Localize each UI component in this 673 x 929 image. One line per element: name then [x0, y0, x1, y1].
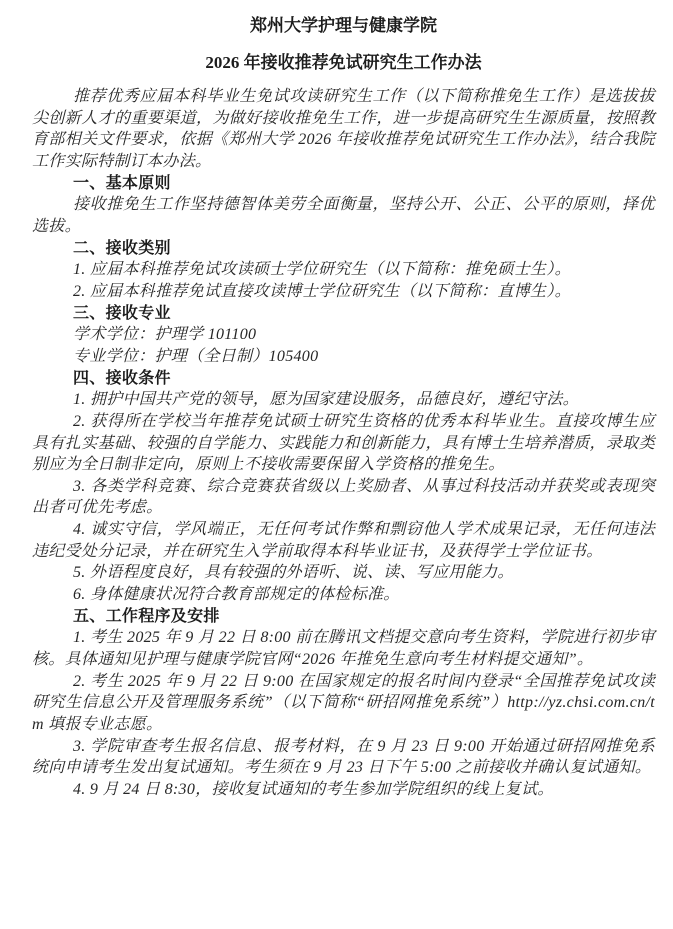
para-basic-principles: 接收推免生工作坚持德智体美劳全面衡量，坚持公开、公正、公平的原则，择优选拔。: [32, 194, 655, 237]
para-requirement-4: 4. 诚实守信，学风端正，无任何考试作弊和剽窃他人学术成果记录，无任何违法违纪受…: [32, 519, 655, 562]
para-category-direct-phd: 2. 应届本科推荐免试直接攻读博士学位研究生（以下简称：直博生）。: [32, 281, 655, 303]
heading-admission-categories: 二、接收类别: [32, 238, 655, 260]
para-requirement-3: 3. 各类学科竞赛、综合竞赛获省级以上奖励者、从事过科技活动并获奖或表现突出者可…: [32, 476, 655, 519]
intro-paragraph: 推荐优秀应届本科毕业生免试攻读研究生工作（以下简称推免生工作）是选拔拔尖创新人才…: [32, 86, 655, 173]
heading-work-procedure: 五、工作程序及安排: [32, 606, 655, 628]
para-procedure-3: 3. 学院审查考生报名信息、报考材料，在 9 月 23 日 9:00 开始通过研…: [32, 736, 655, 779]
document-page: 郑州大学护理与健康学院 2026 年接收推荐免试研究生工作办法 推荐优秀应届本科…: [0, 0, 673, 929]
doc-title: 郑州大学护理与健康学院: [32, 14, 655, 38]
para-category-master: 1. 应届本科推荐免试攻读硕士学位研究生（以下简称：推免硕士生）。: [32, 259, 655, 281]
heading-admission-majors: 三、接收专业: [32, 303, 655, 325]
para-procedure-4: 4. 9 月 24 日 8:30，接收复试通知的考生参加学院组织的线上复试。: [32, 779, 655, 801]
heading-admission-requirements: 四、接收条件: [32, 368, 655, 390]
para-academic-degree: 学术学位：护理学 101100: [32, 324, 655, 346]
para-requirement-2: 2. 获得所在学校当年推荐免试硕士研究生资格的优秀本科毕业生。直接攻博生应具有扎…: [32, 411, 655, 476]
para-procedure-2: 2. 考生 2025 年 9 月 22 日 9:00 在国家规定的报名时间内登录…: [32, 671, 655, 736]
para-professional-degree: 专业学位：护理（全日制）105400: [32, 346, 655, 368]
heading-basic-principles: 一、基本原则: [32, 173, 655, 195]
para-requirement-5: 5. 外语程度良好，具有较强的外语听、说、读、写应用能力。: [32, 562, 655, 584]
para-requirement-6: 6. 身体健康状况符合教育部规定的体检标准。: [32, 584, 655, 606]
para-requirement-1: 1. 拥护中国共产党的领导，愿为国家建设服务，品德良好，遵纪守法。: [32, 389, 655, 411]
doc-subtitle: 2026 年接收推荐免试研究生工作办法: [32, 51, 655, 75]
para-procedure-1: 1. 考生 2025 年 9 月 22 日 8:00 前在腾讯文档提交意向考生资…: [32, 627, 655, 670]
doc-body: 推荐优秀应届本科毕业生免试攻读研究生工作（以下简称推免生工作）是选拔拔尖创新人才…: [32, 86, 655, 801]
